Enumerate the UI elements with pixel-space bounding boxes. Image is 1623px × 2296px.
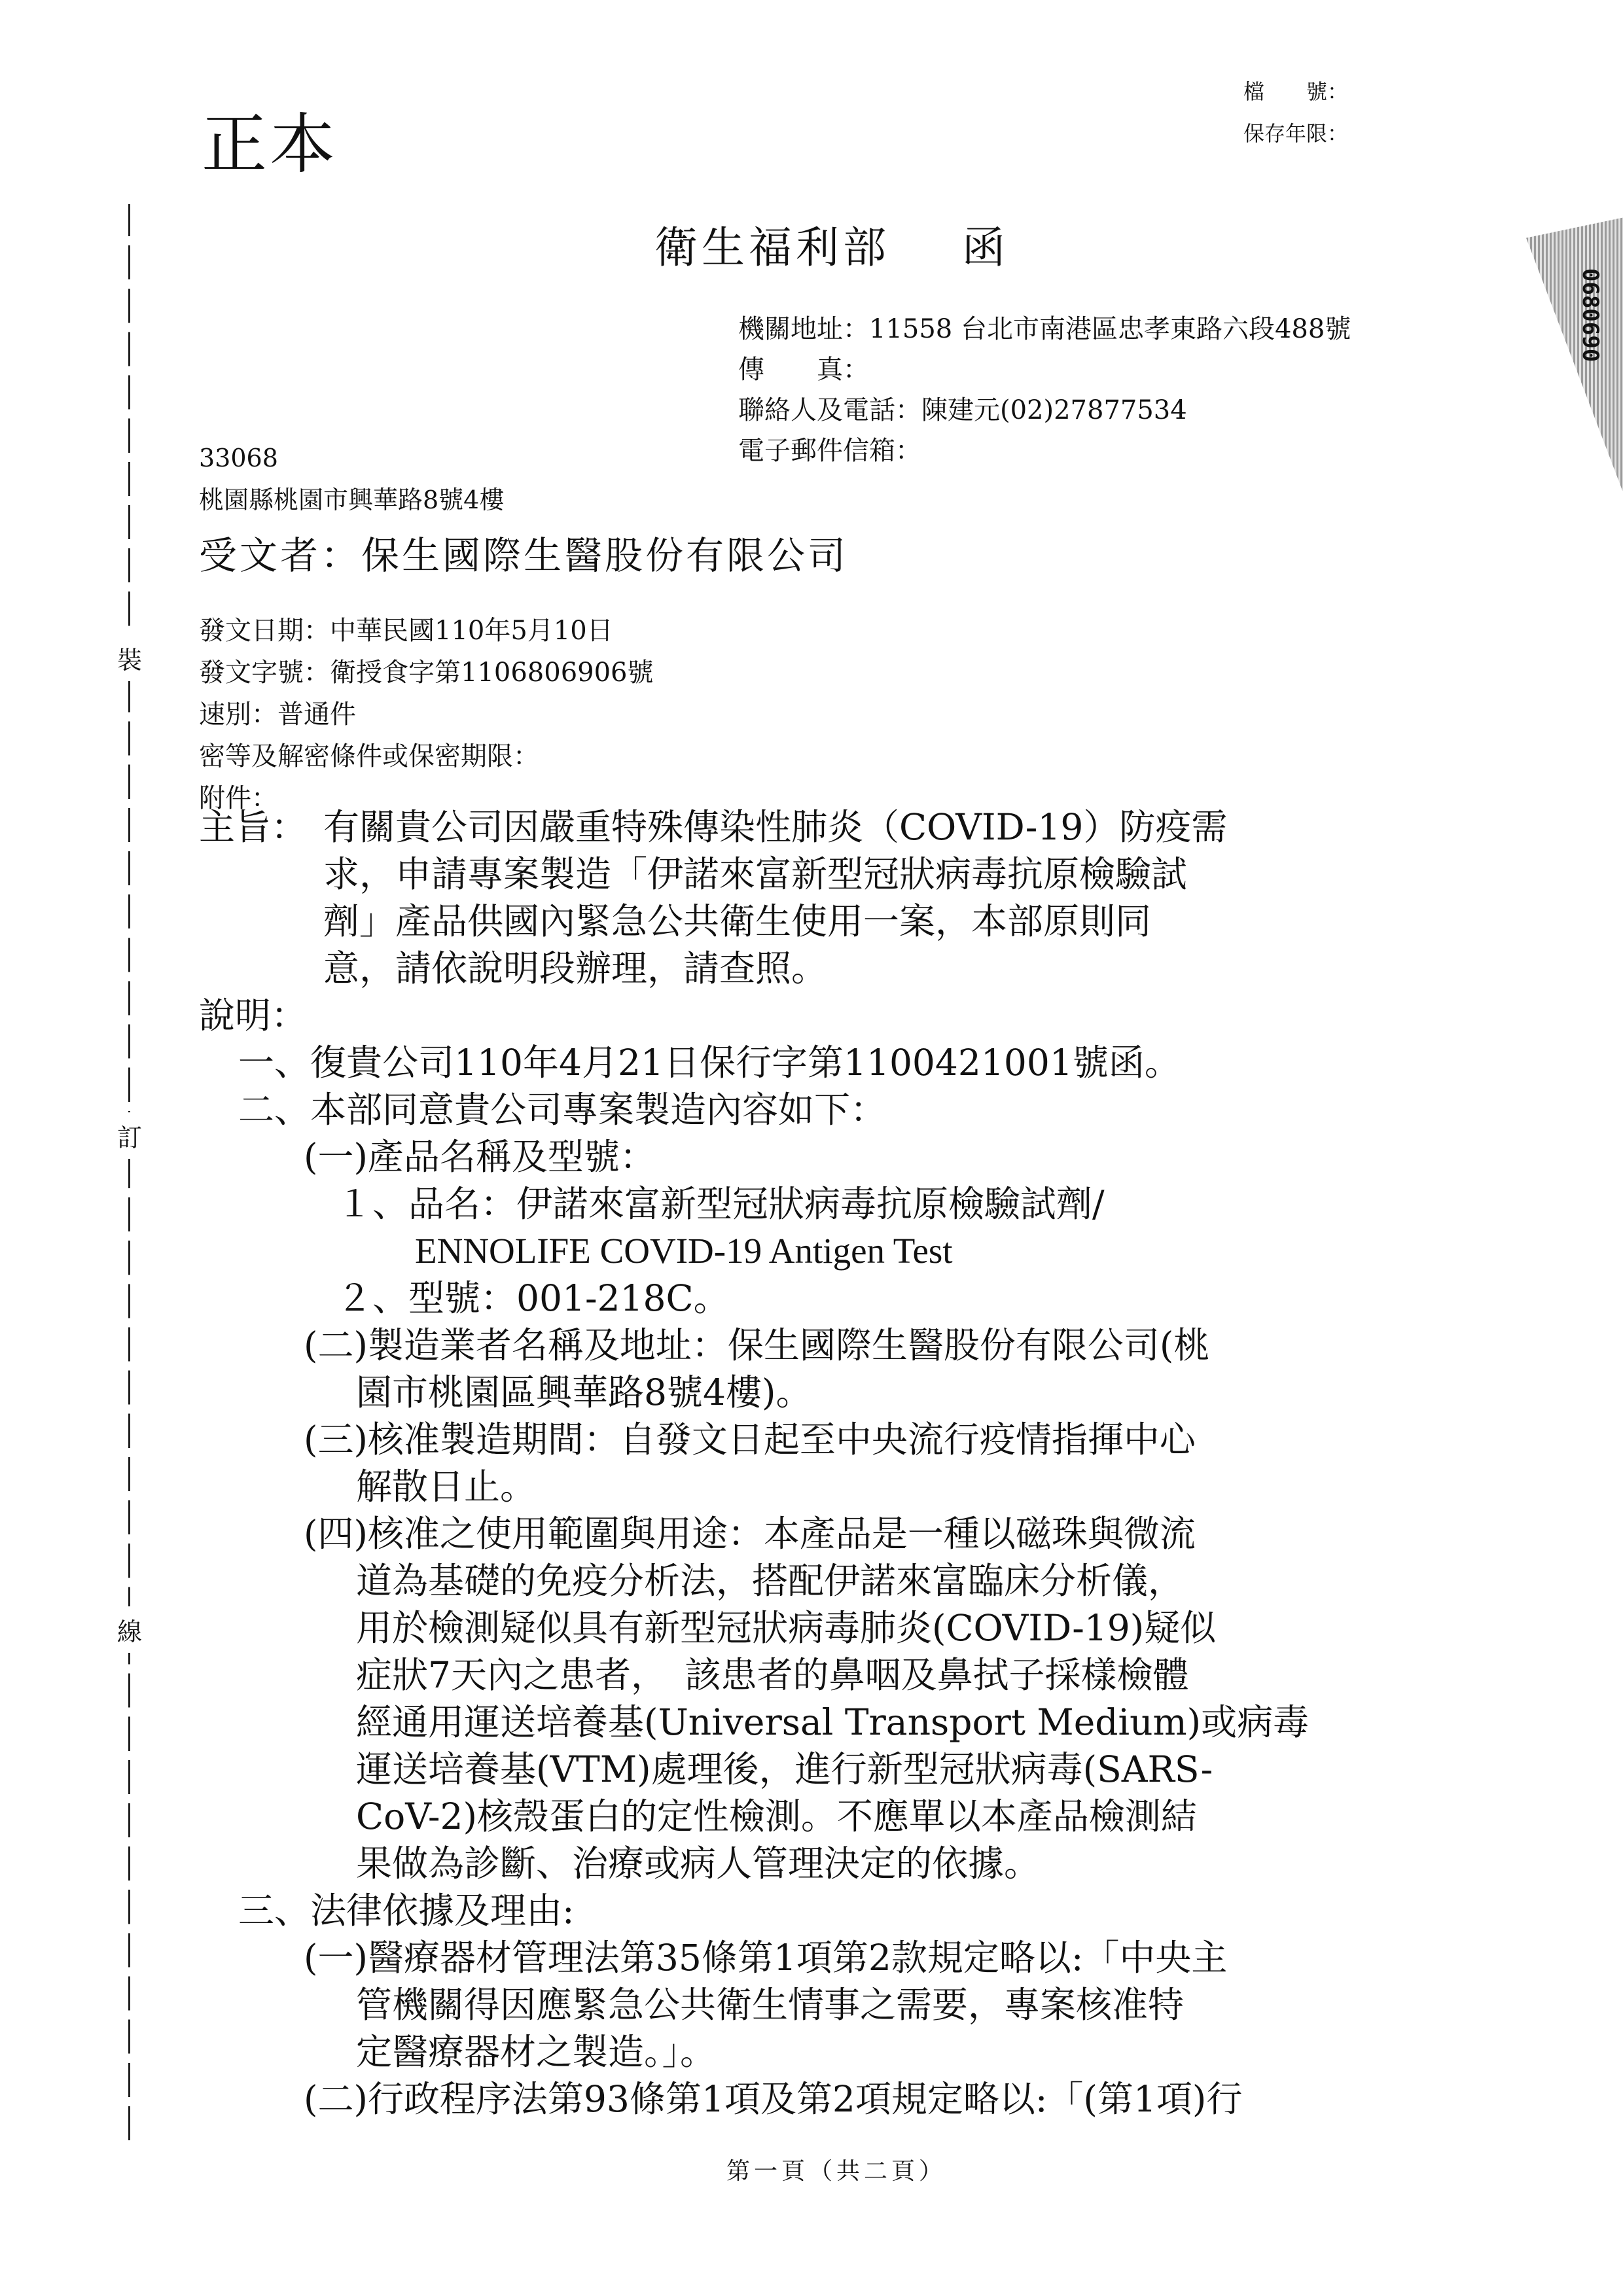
manufacturer-line: 園市桃園區興華路8號4樓)。: [199, 1369, 1442, 1416]
document-meta: 發文日期：中華民國110年5月10日 發文字號：衛授食字第1106806906號…: [199, 610, 654, 819]
file-number-label: 檔 號：: [1243, 71, 1348, 113]
seal-stamp-icon: [1526, 216, 1623, 491]
subject-line: 劑」產品供國內緊急公共衛生使用一案，本部原則同: [199, 898, 1442, 945]
explanation-item-1: 一、復貴公司110年4月21日保行字第1100421001號函。: [199, 1039, 1442, 1086]
product-name-english: ENNOLIFE COVID-19 Antigen Test: [199, 1227, 1442, 1275]
subject-section: 主旨：有關貴公司因嚴重特殊傳染性肺炎（COVID-19）防疫需 求，申請專案製造…: [199, 804, 1442, 992]
delivery-speed: 速別：普通件: [199, 694, 654, 735]
original-copy-stamp: 正本: [202, 92, 338, 186]
intended-use-line: 運送培養基(VTM)處理後，進行新型冠狀病毒(SARS-: [199, 1746, 1442, 1793]
binding-mark-xian: 線: [115, 1606, 144, 1653]
issuing-agency: 衛生福利部: [654, 222, 890, 273]
manufacturer-line: (二)製造業者名稱及地址：保生國際生醫股份有限公司(桃: [199, 1322, 1442, 1369]
intended-use-line: 經通用運送培養基(Universal Transport Medium)或病毒: [199, 1699, 1442, 1746]
document-body: 主旨：有關貴公司因嚴重特殊傳染性肺炎（COVID-19）防疫需 求，申請專案製造…: [199, 804, 1442, 2123]
seal-digits: 0680690: [1577, 268, 1603, 362]
legal-basis-line: 定醫療器材之製造。」。: [199, 2028, 1442, 2075]
recipient-postal-code: 33068: [199, 437, 504, 479]
intended-use-line: 果做為診斷、治療或病人管理決定的依據。: [199, 1840, 1442, 1887]
intended-use-line: 道為基礎的免疫分析法，搭配伊諾來富臨床分析儀，: [199, 1557, 1442, 1604]
binding-mark-ding: 訂: [115, 1112, 144, 1159]
intended-use-line: 症狀7天內之患者， 該患者的鼻咽及鼻拭子採樣檢體: [199, 1651, 1442, 1699]
legal-basis-heading: 三、法律依據及理由:: [199, 1887, 1442, 1934]
intended-use-line: 用於檢測疑似具有新型冠狀病毒肺炎(COVID-19)疑似: [199, 1604, 1442, 1651]
explanation-label: 說明：: [199, 992, 1442, 1039]
issue-date: 發文日期：中華民國110年5月10日: [199, 610, 654, 652]
legal-basis-line: (二)行政程序法第93條第1項及第2項規定略以:「(第1項)行: [199, 2075, 1442, 2123]
binding-margin-line: [128, 204, 130, 2141]
explanation-item-2-heading: 二、本部同意貴公司專案製造內容如下：: [199, 1086, 1442, 1133]
agency-contact-phone: 聯絡人及電話：陳建元(02)27877534: [738, 390, 1351, 431]
subject-line: 有關貴公司因嚴重特殊傳染性肺炎（COVID-19）防疫需: [323, 806, 1227, 848]
intended-use-line: (四)核准之使用範圍與用途：本產品是一種以磁珠與微流: [199, 1510, 1442, 1557]
product-name-model-heading: (一)產品名稱及型號：: [199, 1133, 1442, 1180]
explanation-section: 說明： 一、復貴公司110年4月21日保行字第1100421001號函。 二、本…: [199, 992, 1442, 2123]
document-type: 函: [962, 222, 1009, 273]
binding-mark-zhuang: 裝: [115, 635, 144, 681]
agency-address: 機關地址：11558 台北市南港區忠孝東路六段488號: [738, 309, 1351, 349]
agency-fax: 傳 真：: [738, 349, 1351, 390]
issue-number: 發文字號：衛授食字第1106806906號: [199, 652, 654, 694]
recipient: 受文者：保生國際生醫股份有限公司: [199, 525, 848, 580]
page-indicator: 第一頁（共二頁）: [726, 2153, 946, 2186]
classification: 密等及解密條件或保密期限：: [199, 735, 654, 777]
subject-line: 求，申請專案製造「伊諾來富新型冠狀病毒抗原檢驗試: [199, 851, 1442, 898]
approval-period-line: (三)核准製造期間：自發文日起至中央流行疫情指揮中心: [199, 1416, 1442, 1463]
product-model: ２、型號：001-218C。: [199, 1275, 1442, 1322]
approval-period-line: 解散日止。: [199, 1463, 1442, 1510]
intended-use-line: CoV-2)核殼蛋白的定性檢測。不應單以本產品檢測結: [199, 1793, 1442, 1840]
subject-line: 意，請依說明段辦理，請查照。: [199, 945, 1442, 992]
legal-basis-line: (一)醫療器材管理法第35條第1項第2款規定略以:「中央主: [199, 1934, 1442, 1981]
file-info-block: 檔 號： 保存年限：: [1243, 71, 1348, 154]
agency-email: 電子郵件信箱：: [738, 431, 1351, 471]
retention-period-label: 保存年限：: [1243, 113, 1348, 154]
legal-basis-line: 管機關得因應緊急公共衛生情事之需要，專案核准特: [199, 1981, 1442, 2028]
document-title: 衛生福利部函: [654, 213, 1009, 275]
recipient-street-address: 桃園縣桃園市興華路8號4樓: [199, 479, 504, 521]
product-name-line: １、品名：伊諾來富新型冠狀病毒抗原檢驗試劑/: [199, 1180, 1442, 1227]
subject-label: 主旨：: [199, 804, 323, 851]
agency-contact-block: 機關地址：11558 台北市南港區忠孝東路六段488號 傳 真： 聯絡人及電話：…: [738, 309, 1351, 471]
recipient-address-block: 33068 桃園縣桃園市興華路8號4樓: [199, 437, 504, 521]
